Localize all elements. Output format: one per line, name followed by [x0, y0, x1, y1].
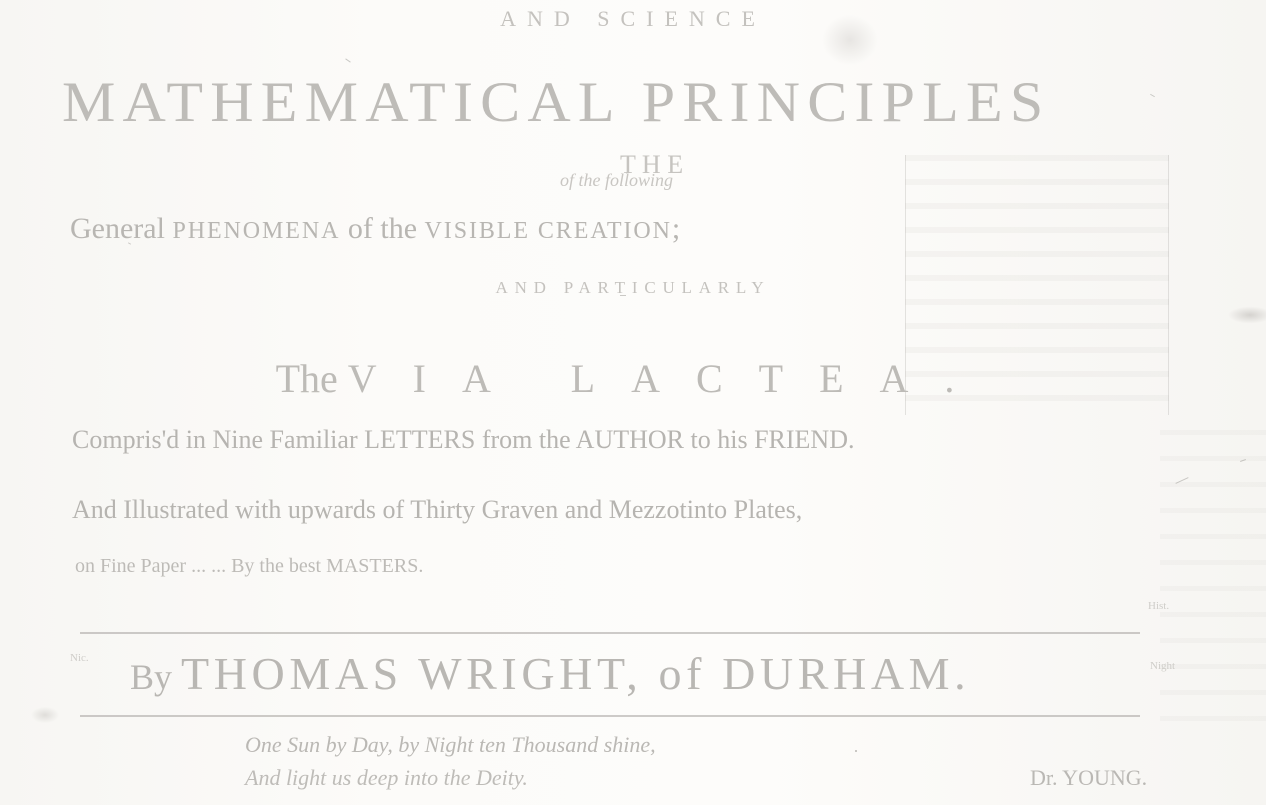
main-title: MATHEMATICAL PRINCIPLES: [62, 70, 1050, 136]
conveyed-line: Compris'd in Nine Familiar LETTERS from …: [72, 425, 854, 455]
speck: [855, 750, 857, 752]
visible-creation-words: VISIBLE CREATION: [425, 218, 672, 244]
speck: [1150, 94, 1155, 97]
speck: [345, 58, 350, 62]
general-phenomena-line: General PHENOMENA of the VISIBLE CREATIO…: [70, 212, 680, 246]
via-lactea-line: The VIA LACTEA.: [0, 355, 1266, 402]
divider-rule-bottom: [80, 715, 1140, 717]
author-name: THOMAS WRIGHT, of DURHAM.: [181, 648, 970, 699]
divider-rule-top: [80, 632, 1140, 634]
scanned-page: AND SCIENCE MATHEMATICAL PRINCIPLES T H …: [0, 0, 1266, 805]
the-subline: of the following: [560, 170, 673, 191]
the-word: The: [276, 356, 348, 401]
general-prefix: General: [70, 212, 172, 245]
semicolon: ;: [672, 212, 680, 245]
of-the-word: of the: [340, 212, 424, 245]
phenomena-word: PHENOMENA: [172, 218, 340, 244]
illustrated-line: And Illustrated with upwards of Thirty G…: [72, 495, 802, 525]
epigraph-line-2: And light us deep into the Deity.: [245, 765, 528, 791]
margin-note: Hist.: [1148, 600, 1169, 612]
via-lactea-title: VIA LACTEA.: [348, 356, 991, 401]
speck: [620, 295, 626, 296]
author-line: By THOMAS WRIGHT, of DURHAM.: [130, 647, 970, 700]
show-through-text: [1160, 430, 1266, 730]
epigraph-attribution: Dr. YOUNG.: [1030, 765, 1147, 791]
heading-and-science: AND SCIENCE: [0, 6, 1266, 32]
margin-note: Nic.: [70, 652, 89, 664]
and-particularly-line: AND PARTICULARLY: [0, 278, 1266, 298]
margin-note: Night: [1150, 660, 1175, 672]
author-by: By: [130, 657, 181, 697]
epigraph-line-1: One Sun by Day, by Night ten Thousand sh…: [245, 732, 656, 758]
masters-line: on Fine Paper ... ... By the best MASTER…: [75, 555, 423, 578]
